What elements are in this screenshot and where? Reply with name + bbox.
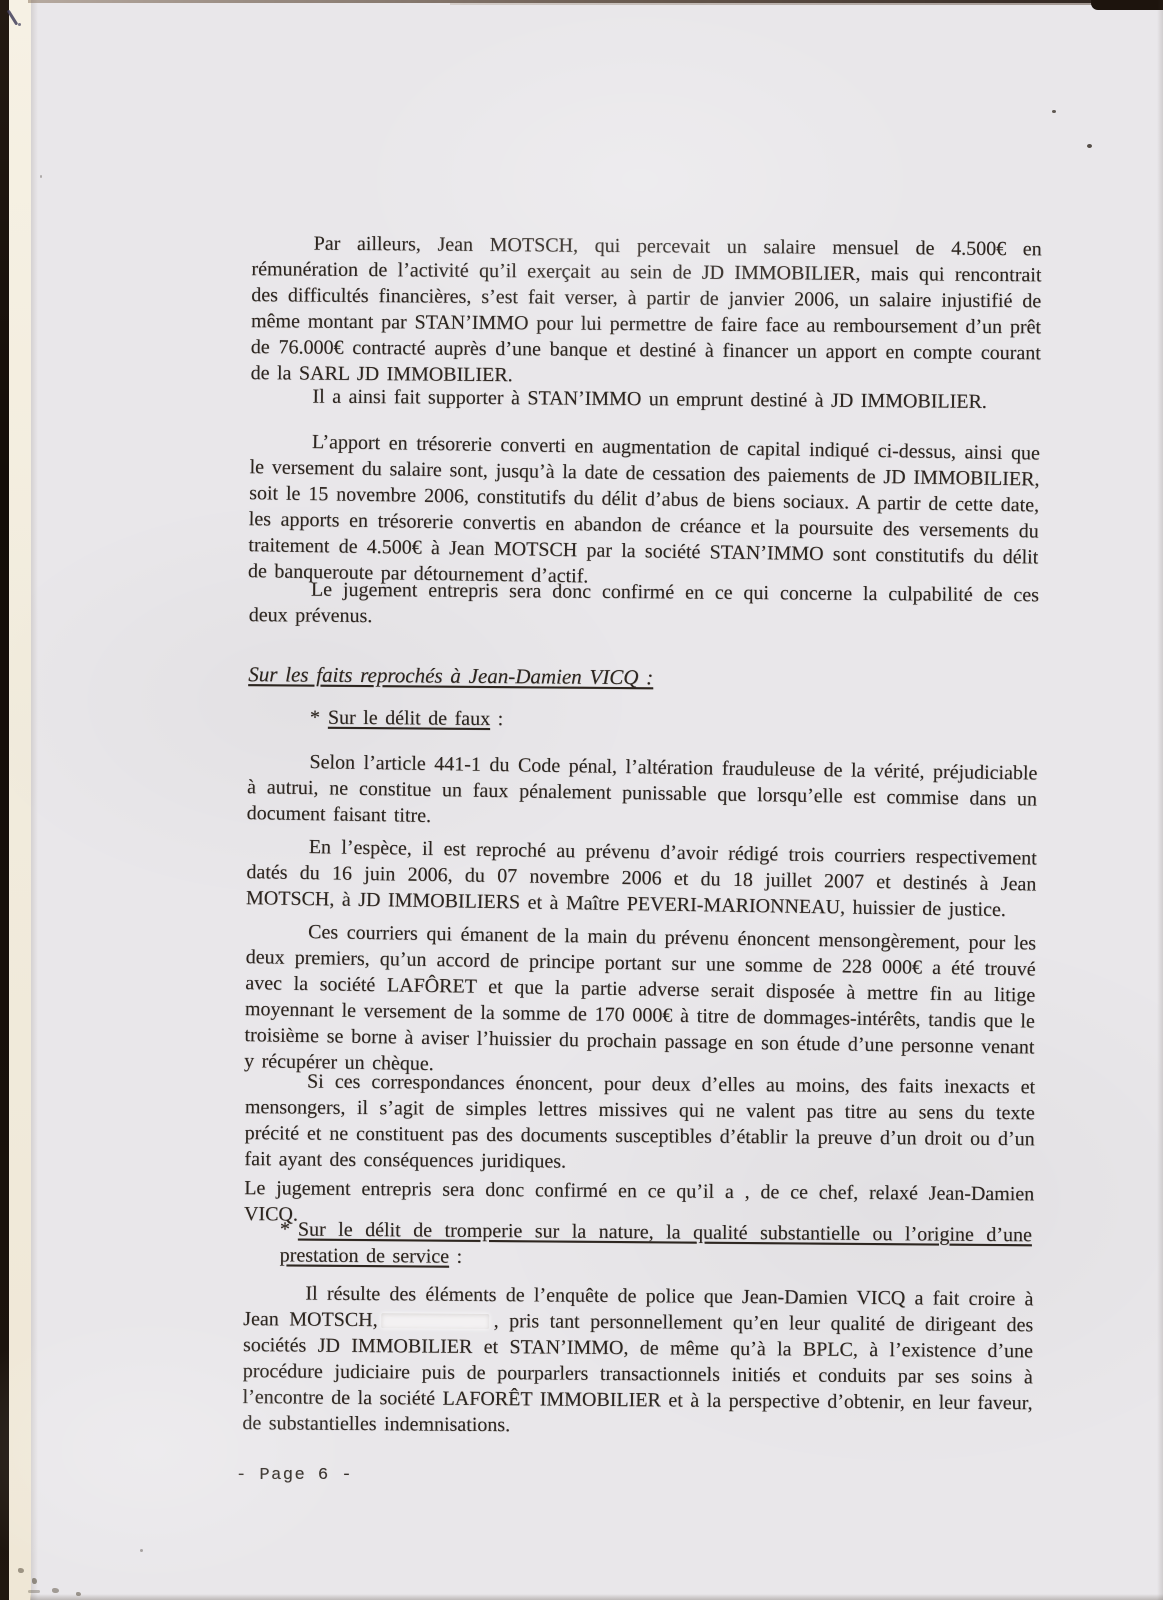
bullet-asterisk: *	[280, 1218, 290, 1240]
paragraph-trois-courriers: En l’espèce, il est reproché au prévenu …	[246, 833, 1037, 923]
redaction-mark	[382, 1313, 490, 1329]
section-heading-vicq: Sur les faits reprochés à Jean-Damien VI…	[248, 661, 1038, 693]
subheading-delit-de-faux-text: Sur le délit de faux	[328, 707, 490, 730]
subheading-colon: :	[490, 708, 503, 730]
paragraph-enquete-police: Il résulte des éléments de l’enquête de …	[242, 1280, 1033, 1442]
paragraph-article-441-1: Selon l’article 441-1 du Code pénal, l’a…	[246, 748, 1037, 838]
subheading-delit-de-faux: *Sur le délit de faux :	[248, 704, 1038, 736]
bullet-asterisk: *	[310, 707, 320, 729]
paragraph-confirmation-culpabilite: Le jugement entrepris sera donc confirmé…	[249, 576, 1039, 634]
subheading-colon: :	[449, 1246, 462, 1268]
paragraph-lettres-missives: Si ces correspondances énoncent, pour de…	[244, 1068, 1035, 1178]
scanned-judgment-page: Par ailleurs, Jean MOTSCH, qui percevait…	[0, 0, 1163, 1600]
paragraph-emprunt-stanimmo: Il a ainsi fait supporter à STAN’IMMO un…	[250, 383, 1040, 415]
paragraph-courriers-mensongers: Ces courriers qui émanent de la main du …	[244, 918, 1036, 1086]
subheading-delit-tromperie-text: Sur le délit de tromperie sur la nature,…	[280, 1218, 1032, 1267]
document-text-area: Par ailleurs, Jean MOTSCH, qui percevait…	[0, 0, 1163, 1600]
section-heading-text: Sur les faits reprochés à Jean-Damien VI…	[248, 662, 653, 689]
paragraph-salaire-injustifie: Par ailleurs, Jean MOTSCH, qui percevait…	[251, 230, 1042, 392]
page-number: - Page 6 -	[236, 1466, 353, 1485]
paragraph-abus-biens-sociaux: L’apport en trésorerie converti en augme…	[248, 428, 1040, 596]
subheading-delit-tromperie: *Sur le délit de tromperie sur la nature…	[280, 1216, 1032, 1274]
